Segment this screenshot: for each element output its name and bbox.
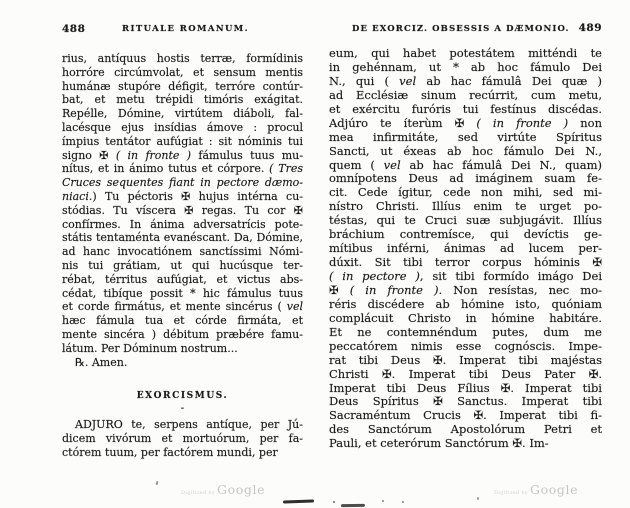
left-page-number: 488 (62, 23, 85, 35)
text-line: cédat, tibíque possit * hic fámulus tuus (62, 287, 303, 301)
text-line: ( in pectore ), sit tibi formído imágo D… (329, 270, 602, 284)
text-line: complácuit Christo in hómine habitáre. (329, 312, 602, 326)
text-line: in gehénnam, ut * ab hoc fámulo Dei (329, 61, 602, 75)
text-line: Adjúro te íterùm ✠ ( in fronte ) non (329, 117, 602, 131)
section-divider-mark: - (62, 404, 303, 413)
text-line: Deus Spíritus ✠ Sanctus. Imperat tibi (329, 395, 602, 409)
text-line: peccatórem nimis esse cognóscis. Impe- (329, 340, 602, 354)
text-line: Sacraméntum Crucis ✠. Imperat tibi fi- (329, 409, 602, 423)
text-line: N., qui ( vel ab hac fámulâ Dei quæ ) (329, 75, 602, 89)
text-line: confírmes. In ánima adversatrícis pote- (62, 218, 303, 232)
text-line: signo ✠ ( in fronte ) fámulus tuus mu- (62, 149, 303, 163)
text-line: ctórem tuum, per factórem mundi, per (62, 446, 303, 460)
right-page-body: eum, qui habet potestátem mitténdi tein … (329, 47, 602, 451)
left-page-body: rius, antíquus hostis terræ, formídinish… (62, 52, 303, 460)
text-line: et exércitu furóris tui festínus discéda… (329, 103, 602, 117)
text-line: Cruces sequentes fiant in pectore dæmo- (62, 176, 303, 190)
text-line: lacésque ejus insídias ámove : procul (62, 121, 303, 135)
paragraph: eum, qui habet potestátem mitténdi tein … (329, 47, 602, 451)
text-line: et corde firmátus, et mente sincérus ( v… (62, 300, 303, 314)
text-line: omnípotens Deus ad imáginem suam fe- (329, 172, 602, 186)
paragraph: rius, antíquus hostis terræ, formídinish… (62, 52, 303, 356)
text-line: bat, et metu trépidi timóris exágitat. (62, 93, 303, 107)
text-line: ✠ ( in fronte ). Non resístas, nec mo- (329, 284, 602, 298)
text-line: mítibus inférni, ánimas ad lucem per- (329, 242, 602, 256)
text-line: dicem vivórum et mortuórum, per fa- (62, 432, 303, 446)
section-heading: EXORCISMUS. (62, 391, 303, 401)
left-running-title: RITUALE ROMANUM. (62, 24, 303, 34)
text-line: ADJURO te, serpens antíque, per Jú- (62, 418, 303, 432)
text-line: niaci.) Tu péctoris ✠ hujus intérna cu- (62, 190, 303, 204)
google-watermark-right: Digitized byGoogle (494, 479, 578, 498)
left-running-head: 488 RITUALE ROMANUM. (62, 24, 303, 37)
text-line: Sancti, ut éxeas ab hoc fámulo Dei N., (329, 145, 602, 159)
text-line: des Sanctórum Apostolórum Petri et (329, 423, 602, 437)
text-line: Christi ✠. Imperat tibi Deus Pater ✠. (329, 368, 602, 382)
text-line: rius, antíquus hostis terræ, formídinis (62, 52, 303, 66)
text-line: státis tentaménta evanéscant. Da, Dómine… (62, 231, 303, 245)
text-line: nítus, et in ánimo tutus et córpore. ( T… (62, 162, 303, 176)
text-line: mea infirmitáte, sed virtúte Spíritus (329, 131, 602, 145)
text-line: réris discédere ab hómine isto, quóniam (329, 298, 602, 312)
text-line: stódias. Tu víscera ✠ regas. Tu cor ✠ (62, 204, 303, 218)
digitized-by-label: Digitized by (181, 490, 215, 496)
text-line: rébat, térritus aufúgiat, et victus abs- (62, 273, 303, 287)
text-line: ℞. Amen. (62, 356, 303, 370)
text-line: téstas, qui te Cruci suæ subjugávit. Ill… (329, 214, 602, 228)
text-line: ad Ecclésiæ sinum recúrrit, cum metu, (329, 89, 602, 103)
text-line: ímpius tentátor aufúgiat : sit nóminis t… (62, 135, 303, 149)
right-page: DE EXORCIZ. OBSESSIS A DÆMONIO. 489 eum,… (329, 22, 602, 451)
google-logo-text: Google (530, 482, 578, 497)
text-line: eum, qui habet potestátem mitténdi te (329, 47, 602, 61)
text-line: humánæ stupóre défigit, terróre contúr- (62, 80, 303, 94)
scan-artifact (333, 501, 335, 503)
book-scan: 488 RITUALE ROMANUM. rius, antíquus host… (0, 0, 630, 508)
right-running-head: DE EXORCIZ. OBSESSIS A DÆMONIO. 489 (329, 22, 602, 35)
scan-artifact (283, 499, 314, 503)
text-line: bráchium contremísce, qui devíctis ge- (329, 228, 602, 242)
google-logo-text: Google (217, 482, 265, 497)
text-line: Pauli, et ceterórum Sanctórum ✠. Im- (329, 437, 602, 451)
digitized-by-label: Digitized by (494, 490, 528, 496)
scan-artifact (341, 504, 365, 507)
text-line: látum. Per Dóminum nostrum... (62, 342, 303, 356)
paragraph: ℞. Amen. (62, 356, 303, 370)
text-line: mente sincéra ) débitum præbére famu- (62, 328, 303, 342)
scan-artifact (382, 500, 384, 502)
text-line: nístro Christi. Illíus enim te urget po- (329, 200, 602, 214)
text-line: nis tui grátiam, ut qui hucúsque ter- (62, 259, 303, 273)
text-line: horróre circúmvolat, et sensum mentis (62, 66, 303, 80)
text-line: Repélle, Dómine, virtútem diáboli, fal- (62, 107, 303, 121)
text-line: Imperat tibi Deus Fílius ✠. Imperat tibi (329, 382, 602, 396)
text-line: ad hanc invocatiónem sanctíssimi Nómi- (62, 245, 303, 259)
left-page: 488 RITUALE ROMANUM. rius, antíquus host… (62, 24, 303, 460)
text-line: quem ( vel ab hac fámulâ Dei N., quam) (329, 159, 602, 173)
google-watermark-left: Digitized byGoogle (181, 479, 265, 498)
scan-artifact (156, 481, 158, 485)
right-page-number: 489 (579, 22, 602, 34)
text-line: Et ne contemnéndum putes, dum me (329, 326, 602, 340)
text-line: cit. Cede ígitur, cede non mihi, sed mi- (329, 186, 602, 200)
right-running-title: DE EXORCIZ. OBSESSIS A DÆMONIO. (352, 24, 570, 34)
scan-artifact (402, 501, 404, 503)
text-line: dúxit. Sit tibi terror corpus hóminis ✠ (329, 256, 602, 270)
paragraph: ADJURO te, serpens antíque, per Jú-dicem… (62, 418, 303, 459)
text-line: hæc fámula tua et córde firmáta, et (62, 314, 303, 328)
scan-artifact (477, 497, 479, 500)
text-line: rat tibi Deus ✠. Imperat tibi majéstas (329, 354, 602, 368)
